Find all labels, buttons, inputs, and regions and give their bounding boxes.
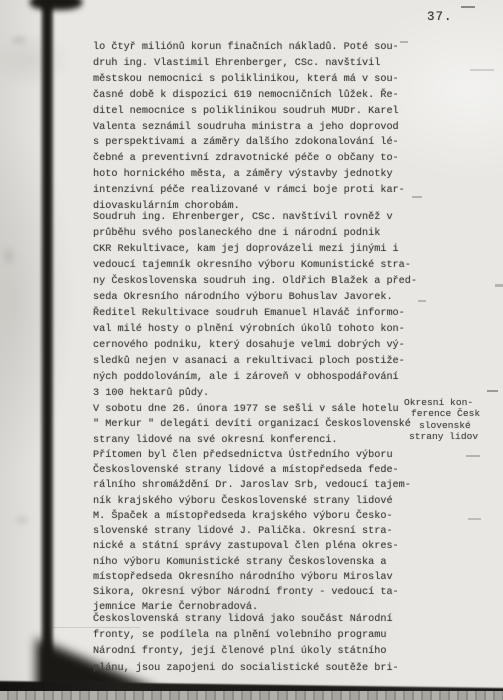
text-line: Přítomen byl člen předsednictva Ústřední…: [93, 448, 433, 463]
text-line: 3 100 hektarů půdy.: [93, 386, 433, 402]
text-line: ditel nemocnice s poliklinikou soudruh M…: [93, 104, 433, 120]
scan-artifact: [52, 627, 140, 628]
scan-left-margin-shade: [0, 0, 38, 700]
text-line: V sobotu dne 26. února 1977 se sešli v s…: [93, 402, 433, 417]
text-line: val milé hosty o plnění výrobních úkolů …: [93, 322, 433, 338]
scan-artifact: [412, 196, 422, 198]
scan-smudge: [12, 36, 26, 44]
text-line: M. Špaček a místopředseda krajského výbo…: [93, 509, 433, 524]
text-line: lo čtyř miliónů korun finačních nákladů.…: [93, 40, 433, 56]
text-line: CKR Rekultivace, kam jej doprovázeli mez…: [93, 242, 433, 258]
text-line: sledků nejen v asanaci a rekultivaci plo…: [93, 354, 433, 370]
text-line: čebné a preventivní zdravotnické péče o …: [93, 151, 433, 167]
text-line: ference Česk: [404, 408, 503, 419]
text-line: strany lidové na své okresní konferenci.: [93, 433, 433, 448]
text-line: Valenta seznámil soudruha ministra a jeh…: [93, 120, 433, 136]
text-line: ník krajského výboru Československé stra…: [93, 494, 433, 509]
scan-bottom-texture: [0, 691, 503, 700]
margin-note: Okresní kon-ference Českslovenskéstrany …: [404, 397, 503, 443]
text-line: plánu, jsou zapojeni do socialistické so…: [93, 661, 433, 677]
text-line: Národní fronty, její členové plní úkoly …: [93, 644, 433, 660]
scan-artifact: [495, 284, 503, 287]
body-paragraph-2: Soudruh ing. Ehrenberger, CSc. navštívil…: [93, 210, 433, 402]
text-line: druh ing. Vlastimil Ehrenberger, CSc. na…: [93, 56, 433, 72]
text-line: Soudruh ing. Ehrenberger, CSc. navštívil…: [93, 210, 433, 226]
body-paragraph-3: V sobotu dne 26. února 1977 se sešli v s…: [93, 402, 433, 616]
text-line: ního výboru Komunistické strany Českoslo…: [93, 555, 433, 570]
scan-smudge: [16, 516, 28, 524]
text-line: cernového podniku, který dosahuje velmi …: [93, 338, 433, 354]
body-paragraph-4: Československá strany lidová jako součás…: [93, 612, 433, 677]
binding-shadow-top: [30, 0, 82, 10]
text-line: ných poddolováním, ale i zároveň v obhos…: [93, 370, 433, 386]
text-line: s perspektivami a záměry dalšího zdokona…: [93, 135, 433, 151]
scan-artifact: [468, 518, 481, 520]
scan-artifact: [470, 69, 494, 71]
scanned-document-page: 37. lo čtyř miliónů korun finačních nákl…: [0, 0, 503, 700]
text-line: rálního shromáždění Dr. Jaroslav Srb, ve…: [93, 478, 433, 493]
text-line: průběhu svého poslaneckého dne i národní…: [93, 226, 433, 242]
scan-smudge: [4, 248, 14, 264]
text-line: místopředseda Okresního národního výboru…: [93, 570, 433, 585]
binding-shadow: [40, 0, 54, 690]
text-line: seda Okresního národního výboru Bohuslav…: [93, 290, 433, 306]
text-line: městskou nemocnici s poliklinikou, která…: [93, 72, 433, 88]
text-line: " Merkur " delegáti devíti organizací Če…: [93, 417, 433, 432]
text-line: strany lidov: [404, 431, 503, 442]
scan-artifact: [400, 41, 408, 43]
text-line: Okresní kon-: [404, 397, 503, 408]
scan-artifact: [466, 455, 480, 457]
text-line: fronty, se podílela na plnění volebního …: [93, 628, 433, 644]
body-paragraph-1: lo čtyř miliónů korun finačních nákladů.…: [93, 40, 433, 215]
text-line: Ředitel Rekultivace soudruh Emanuel Hlav…: [93, 306, 433, 322]
scan-artifact: [418, 300, 426, 302]
text-line: hoto hornického města, a záměry výstavby…: [93, 167, 433, 183]
text-line: intenzivní péče realizované v rámci boje…: [93, 183, 433, 199]
text-line: slovenské strany lidové J. Palička. Okre…: [93, 524, 433, 539]
text-line: časné době k dispozici 619 nemocničních …: [93, 88, 433, 104]
text-line: ny Československa soudruh ing. Oldřich B…: [93, 274, 433, 290]
text-line: slovenské: [404, 420, 503, 431]
text-line: nické a státní správy zastupoval člen pl…: [93, 539, 433, 554]
scan-artifact: [461, 6, 475, 8]
text-line: Československé strany lidové a místopřed…: [93, 463, 433, 478]
scan-artifact: [487, 390, 498, 392]
text-line: vedoucí tajemník okresního výboru Komuni…: [93, 258, 433, 274]
text-line: Sikora, Okresní výbor Národní fronty - v…: [93, 585, 433, 600]
page-number: 37.: [427, 10, 453, 24]
text-line: Československá strany lidová jako součás…: [93, 612, 433, 628]
